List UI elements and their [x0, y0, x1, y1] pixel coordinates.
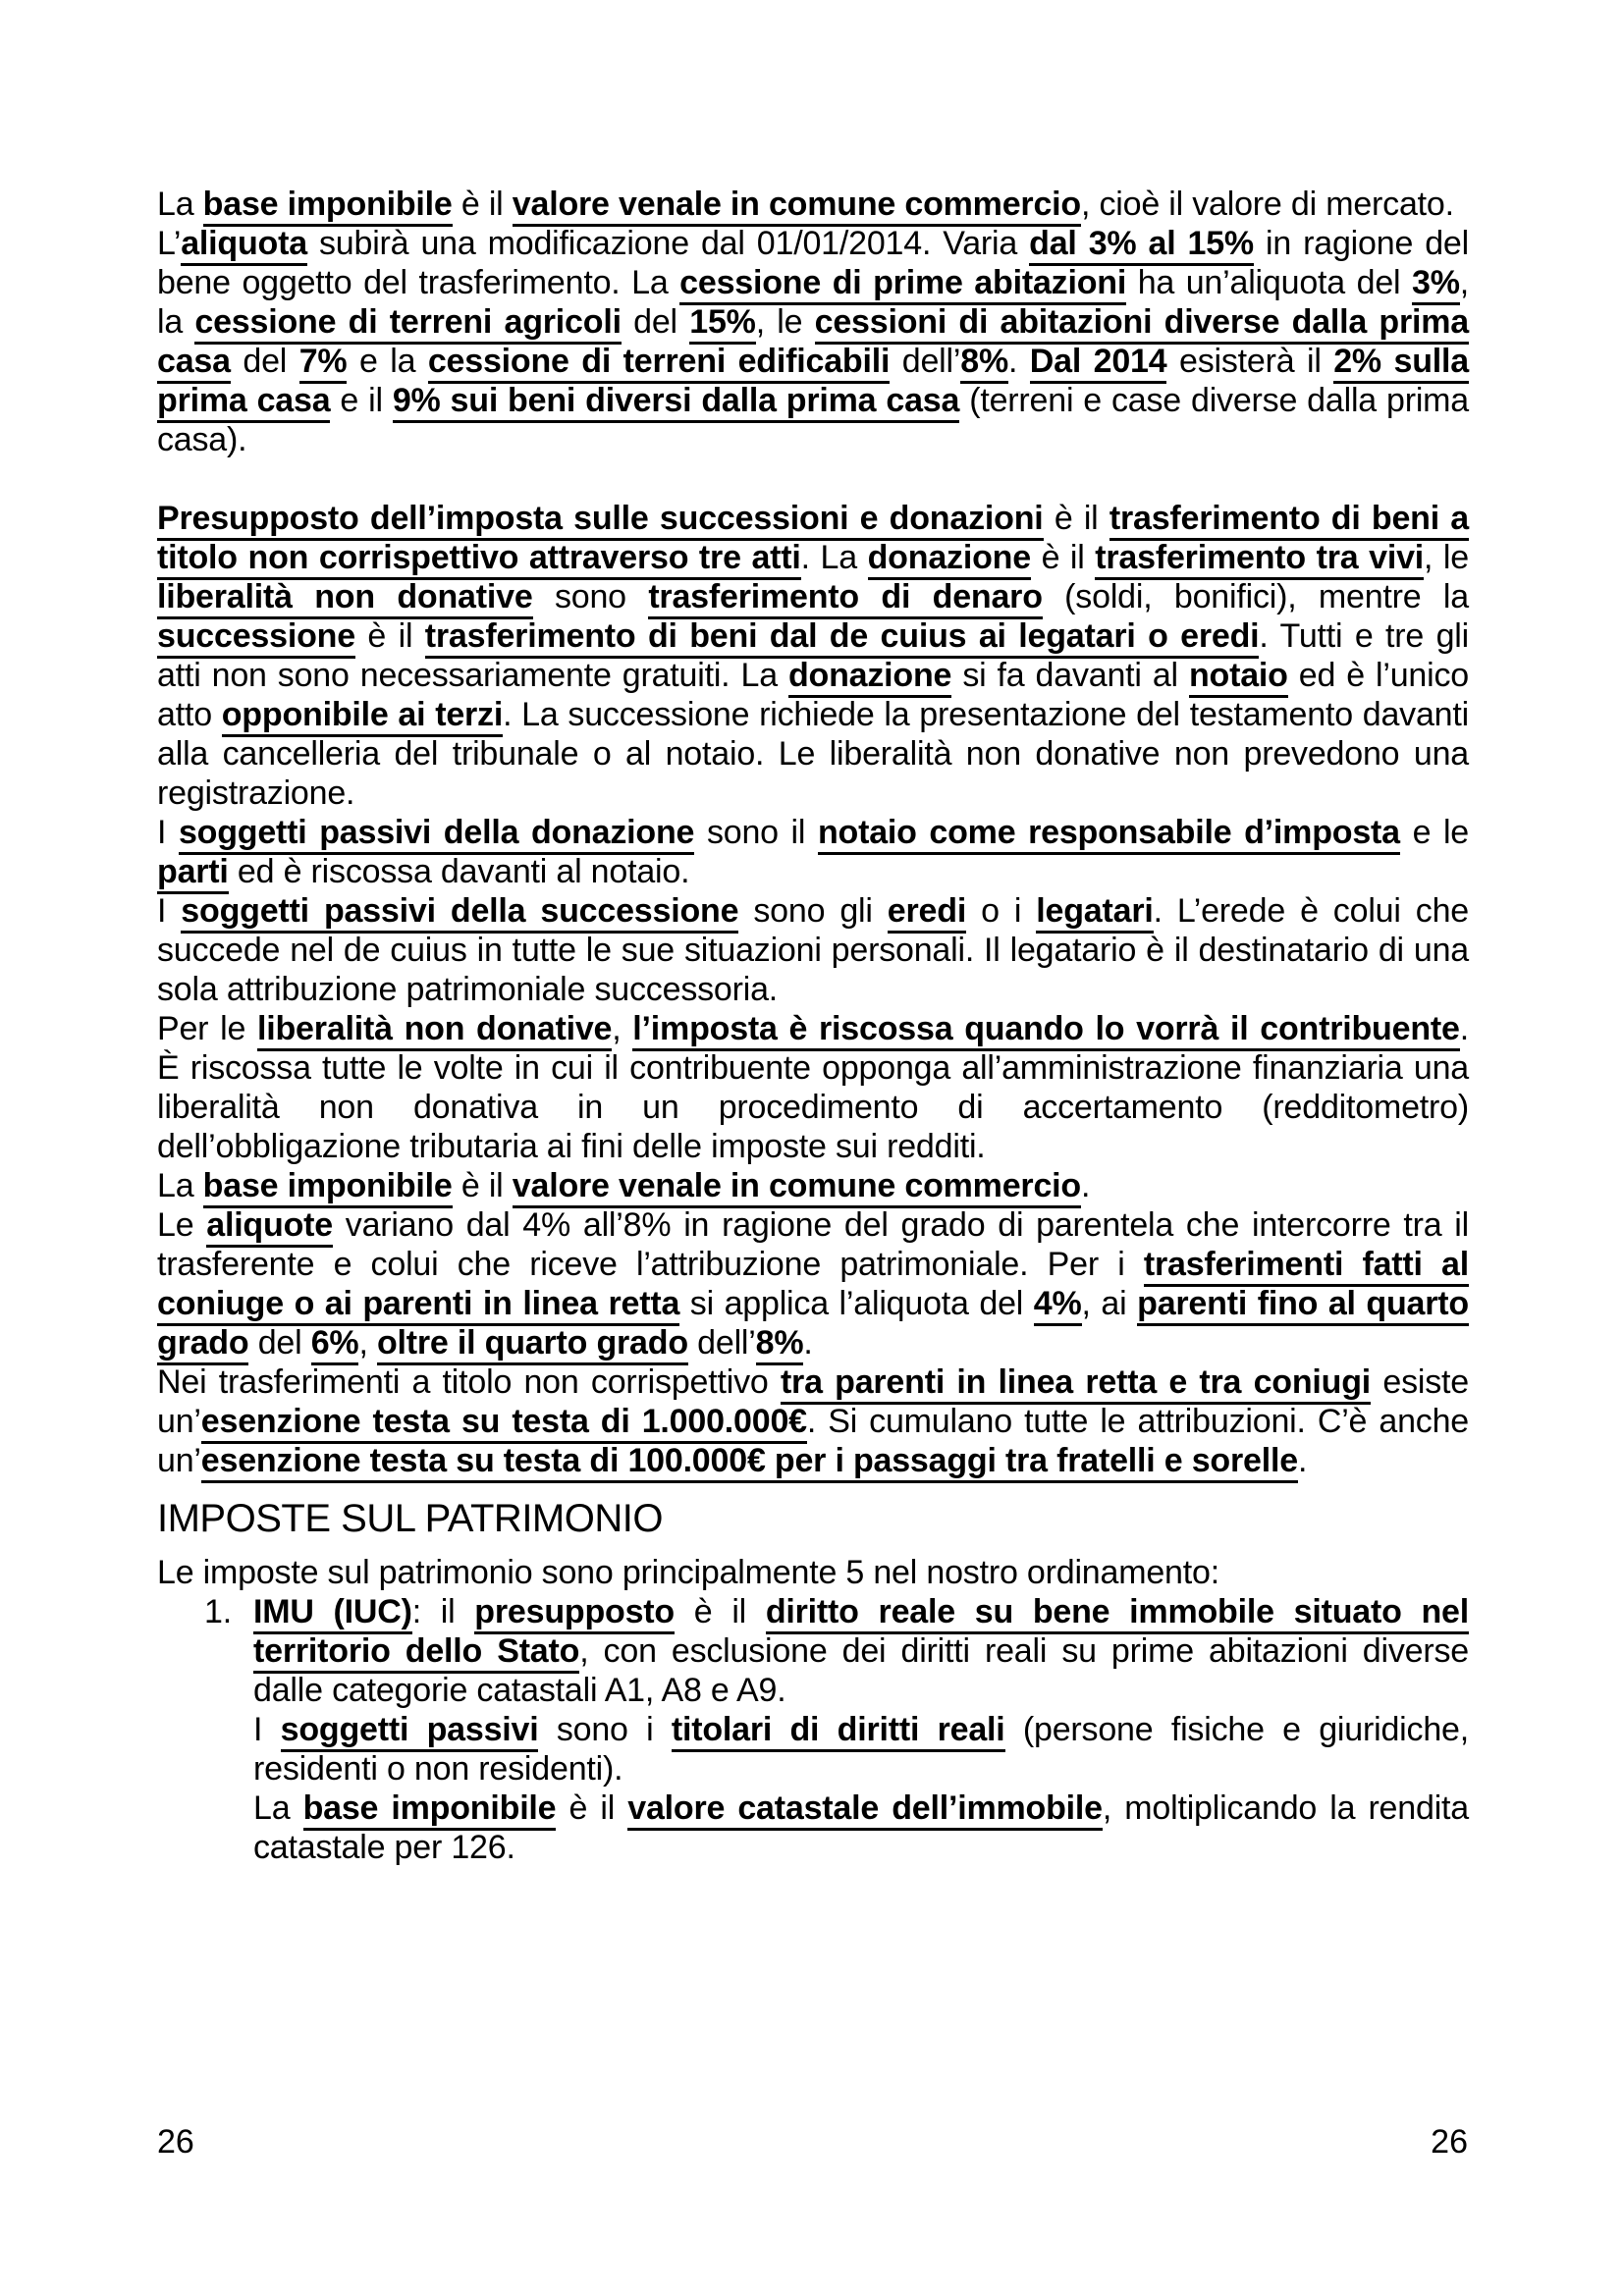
bold-underlined-text: soggetti passivi della successione: [181, 892, 738, 934]
text-run: Le: [157, 1206, 206, 1244]
bold-underlined-text: esenzione testa su testa di 1.000.000€: [201, 1403, 807, 1444]
text-run: e il: [330, 382, 392, 419]
text-run: dell’: [890, 343, 960, 380]
text-run: .: [1298, 1442, 1307, 1479]
text-run: e le: [1400, 814, 1469, 851]
bold-underlined-text: Presupposto dell’imposta sulle successio…: [157, 500, 1044, 541]
bold-underlined-text: cessione di terreni edificabili: [428, 343, 890, 384]
bold-underlined-text: successione: [157, 617, 355, 659]
bold-underlined-text: soggetti passivi: [281, 1711, 539, 1752]
bold-underlined-text: parti: [157, 853, 229, 894]
paragraph: Per le liberalità non donative, l’impost…: [157, 1009, 1469, 1166]
bold-underlined-text: liberalità non donative: [257, 1010, 612, 1051]
bold-underlined-text: aliquote: [206, 1206, 333, 1248]
bold-underlined-text: presupposto: [474, 1593, 675, 1634]
bold-underlined-text: aliquota: [181, 225, 307, 266]
text-run: e la: [347, 343, 427, 380]
text-run: I: [253, 1711, 281, 1748]
bold-underlined-text: liberalità non donative: [157, 578, 533, 619]
paragraph: I soggetti passivi della successione son…: [157, 891, 1469, 1009]
bold-underlined-text: 3%: [1412, 264, 1460, 305]
text-run: , le: [1424, 539, 1469, 576]
bold-underlined-text: trasferimento tra vivi: [1095, 539, 1424, 580]
bold-underlined-text: 7%: [299, 343, 348, 384]
text-run: si fa davanti al: [951, 657, 1189, 694]
text-run: del: [248, 1324, 310, 1362]
text-run: del: [231, 343, 299, 380]
paragraph: Presupposto dell’imposta sulle successio…: [157, 499, 1469, 813]
text-run: ,: [612, 1010, 632, 1047]
paragraph: Nei trasferimenti a titolo non corrispet…: [157, 1362, 1469, 1480]
text-run: ed è riscossa davanti al notaio.: [229, 853, 690, 890]
bold-underlined-text: 15%: [689, 303, 755, 345]
text-run: : il: [412, 1593, 475, 1630]
text-run: del: [622, 303, 689, 341]
text-run: La: [157, 186, 203, 223]
paragraph: La base imponibile è il valore venale in…: [157, 185, 1469, 224]
bold-underlined-text: notaio come responsabile d’imposta: [818, 814, 1400, 855]
list-item-continuation: La base imponibile è il valore catastale…: [157, 1789, 1469, 1867]
bold-underlined-text: esenzione testa su testa di 100.000€ per…: [201, 1442, 1298, 1483]
bold-underlined-text: cessione di terreni agricoli: [194, 303, 621, 345]
text-run: dell’: [688, 1324, 756, 1362]
bold-underlined-text: 8%: [960, 343, 1008, 384]
page-footer: 26 26: [157, 2122, 1468, 2162]
bold-underlined-text: valore venale in comune commercio: [513, 1167, 1081, 1208]
paragraph: I soggetti passivi della donazione sono …: [157, 813, 1469, 891]
text-run: subirà una modificazione dal 01/01/2014.…: [307, 225, 1029, 262]
text-run: , le: [756, 303, 815, 341]
bold-underlined-text: base imponibile: [203, 186, 453, 227]
text-run: è il: [453, 186, 513, 223]
paragraph: La base imponibile è il valore venale in…: [157, 1166, 1469, 1205]
text-run: sono i: [538, 1711, 671, 1748]
text-run: è il: [1031, 539, 1095, 576]
paragraph: Le imposte sul patrimonio sono principal…: [157, 1553, 1469, 1592]
bold-underlined-text: l’imposta è riscossa quando lo vorrà il …: [632, 1010, 1459, 1051]
list-item-continuation: I soggetti passivi sono i titolari di di…: [157, 1710, 1469, 1789]
bold-underlined-text: trasferimento di beni dal de cuius ai le…: [425, 617, 1260, 659]
text-run: La: [253, 1789, 303, 1827]
bold-underlined-text: IMU (IUC): [253, 1593, 412, 1634]
text-run: ,: [358, 1324, 377, 1362]
bold-underlined-text: donazione: [788, 657, 951, 698]
text-run: esisterà il: [1166, 343, 1333, 380]
bold-underlined-text: eredi: [888, 892, 966, 934]
text-run: sono il: [694, 814, 818, 851]
bold-underlined-text: tra parenti in linea retta e tra coniugi: [781, 1363, 1371, 1405]
bold-underlined-text: 9% sui beni diversi dalla prima casa: [393, 382, 959, 423]
bold-underlined-text: valore venale in comune commercio: [513, 186, 1081, 227]
bold-underlined-text: notaio: [1189, 657, 1288, 698]
bold-underlined-text: cessione di prime abitazioni: [679, 264, 1126, 305]
bold-underlined-text: base imponibile: [303, 1789, 557, 1831]
text-run: .: [1081, 1167, 1090, 1204]
text-run: è il: [453, 1167, 513, 1204]
bold-underlined-text: valore catastale dell’immobile: [627, 1789, 1103, 1831]
text-run: ha un’aliquota del: [1126, 264, 1412, 301]
document-page: La base imponibile è il valore venale in…: [0, 0, 1623, 2296]
bold-underlined-text: 4%: [1034, 1285, 1082, 1326]
text-run: sono gli: [738, 892, 887, 930]
page-number-right: 26: [1431, 2122, 1468, 2162]
bold-underlined-text: opponibile ai terzi: [222, 696, 503, 737]
bold-underlined-text: 8%: [756, 1324, 804, 1365]
bold-underlined-text: titolari di diritti reali: [672, 1711, 1005, 1752]
text-run: L’: [157, 225, 181, 262]
text-run: Per le: [157, 1010, 257, 1047]
text-run: è il: [675, 1593, 766, 1630]
text-run: è il: [1044, 500, 1109, 537]
blank-line: [157, 459, 1469, 499]
text-run: (soldi, bonifici), mentre la: [1043, 578, 1469, 615]
text-run: , ai: [1082, 1285, 1138, 1322]
text-run: o i: [966, 892, 1036, 930]
text-run: , cioè il valore di mercato.: [1081, 186, 1454, 223]
bold-underlined-text: dal 3% al 15%: [1029, 225, 1254, 266]
text-run: Le imposte sul patrimonio sono principal…: [157, 1554, 1219, 1591]
bold-underlined-text: legatari: [1036, 892, 1153, 934]
bold-underlined-text: soggetti passivi della donazione: [179, 814, 694, 855]
text-run: sono: [533, 578, 649, 615]
bold-underlined-text: base imponibile: [203, 1167, 453, 1208]
page-number-left: 26: [157, 2122, 194, 2162]
list-number: 1.: [204, 1592, 232, 1631]
text-run: si applica l’aliquota del: [679, 1285, 1034, 1322]
text-run: è il: [355, 617, 425, 655]
document-body: La base imponibile è il valore venale in…: [157, 185, 1469, 1867]
text-run: I: [157, 892, 181, 930]
text-run: è il: [556, 1789, 627, 1827]
text-run: .: [1008, 343, 1030, 380]
bold-underlined-text: oltre il quarto grado: [377, 1324, 688, 1365]
paragraph: L’aliquota subirà una modificazione dal …: [157, 224, 1469, 459]
bold-underlined-text: trasferimento di denaro: [648, 578, 1042, 619]
bold-underlined-text: Dal 2014: [1030, 343, 1167, 384]
paragraph: Le aliquote variano dal 4% all’8% in rag…: [157, 1205, 1469, 1362]
text-run: I: [157, 814, 179, 851]
list-item: 1.IMU (IUC): il presupposto è il diritto…: [157, 1592, 1469, 1710]
text-run: Nei trasferimenti a titolo non corrispet…: [157, 1363, 781, 1401]
bold-underlined-text: donazione: [868, 539, 1031, 580]
text-run: La: [157, 1167, 203, 1204]
text-run: . La: [801, 539, 868, 576]
bold-underlined-text: 6%: [311, 1324, 359, 1365]
section-heading: IMPOSTE SUL PATRIMONIO: [157, 1494, 1469, 1543]
text-run: .: [803, 1324, 812, 1362]
